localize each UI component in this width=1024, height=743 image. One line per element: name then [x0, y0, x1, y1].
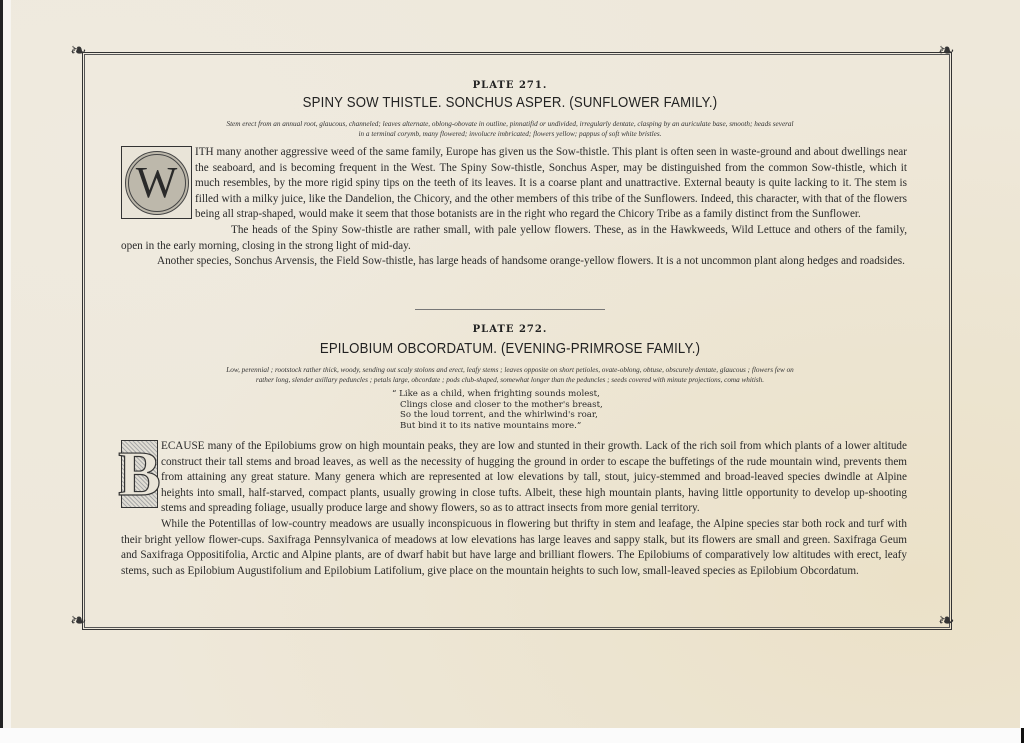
- drop-cap-space: [121, 145, 195, 233]
- plate-271-body: ITH many another aggressive weed of the …: [121, 145, 907, 270]
- description-line: Low, perennial ; rootstock rather thick,…: [115, 365, 905, 375]
- plate-271-number: PLATE 271.: [0, 80, 1020, 91]
- corner-ornament-icon: ❧: [70, 610, 87, 630]
- corner-ornament-icon: ❧: [938, 610, 955, 630]
- corner-ornament-icon: ❧: [70, 40, 87, 60]
- scan-margin-left: [3, 0, 11, 728]
- paragraph: Another species, Sonchus Arvensis, the F…: [121, 254, 907, 270]
- poem-line: So the loud torrent, and the whirlwind's…: [392, 410, 603, 421]
- drop-cap-space: [121, 439, 161, 519]
- description-line: in a terminal corymb, many flowered; inv…: [130, 129, 890, 139]
- plate-271-title: SPINY SOW THISTLE. SONCHUS ASPER. (SUNFL…: [61, 94, 959, 111]
- plate-272-title: EPILOBIUM OBCORDATUM. (EVENING-PRIMROSE …: [61, 340, 959, 357]
- poem-line: “ Like as a child, when frighting sounds…: [392, 389, 603, 400]
- plate-272-body: ECAUSE many of the Epilobiums grow on hi…: [121, 439, 907, 579]
- plate-272-description: Low, perennial ; rootstock rather thick,…: [115, 365, 905, 385]
- description-line: rather long, slender axillary peduncles …: [115, 375, 905, 385]
- corner-ornament-icon: ❧: [938, 40, 955, 60]
- paragraph: The heads of the Spiny Sow-thistle are r…: [121, 223, 907, 254]
- scan-margin-bottom: [0, 728, 1024, 743]
- paragraph: While the Potentillas of low-country mea…: [121, 517, 907, 579]
- paragraph: ECAUSE many of the Epilobiums grow on hi…: [121, 439, 907, 517]
- paragraph: ITH many another aggressive weed of the …: [121, 145, 907, 223]
- section-divider: [415, 309, 605, 310]
- description-line: Stem erect from an annual root, glaucous…: [130, 119, 890, 129]
- poem-line: But bind it to its native mountains more…: [392, 421, 603, 432]
- plate-272-number: PLATE 272.: [0, 324, 1020, 335]
- plate-271-description: Stem erect from an annual root, glaucous…: [130, 119, 890, 139]
- poem-line: Clings close and closer to the mother's …: [392, 400, 603, 411]
- poem-quote: “ Like as a child, when frighting sounds…: [392, 389, 603, 431]
